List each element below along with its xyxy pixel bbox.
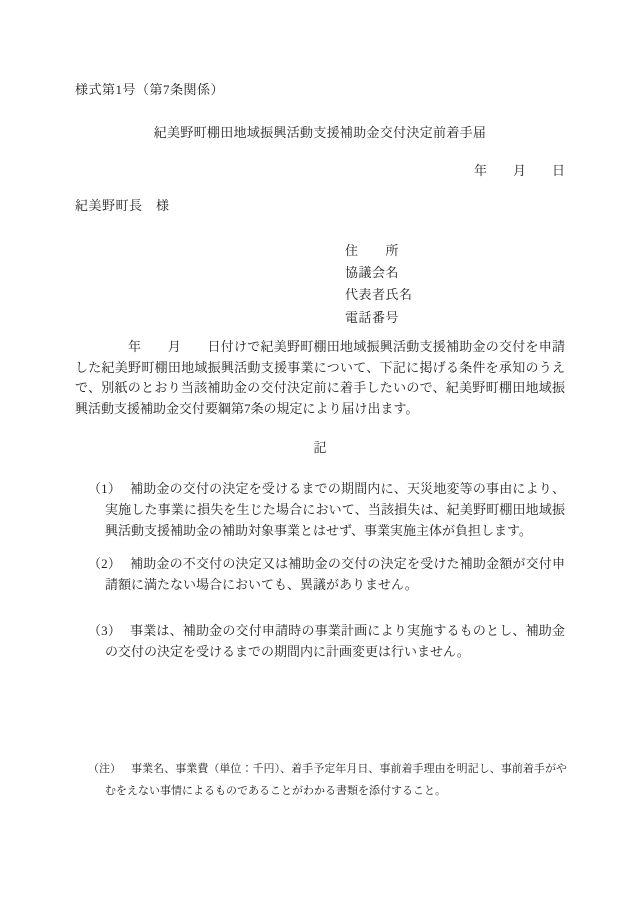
sender-field-phone-number: 電話番号 [345, 307, 413, 329]
footnote: （注）事業名、事業費（単位：千円）、着手予定年月日、事前着手理由を明記し、事前着… [88, 758, 567, 802]
document-title: 紀美野町棚田地域振興活動支援補助金交付決定前着手届 [75, 122, 565, 141]
footnote-label: （注） [88, 763, 121, 775]
date-blank-line: 年 月 日 [75, 160, 565, 179]
main-body-paragraph: 年 月 日付けで紀美野町棚田地域振興活動支援補助金の交付を申請した紀美野町棚田地… [75, 337, 565, 419]
footnote-text: 事業名、事業費（単位：千円）、着手予定年月日、事前着手理由を明記し、事前着手がや… [105, 763, 567, 797]
ki-heading: 記 [75, 437, 565, 456]
condition-item-3: （3）事業は、補助金の交付申請時の事業計画により実施するものとし、補助金の交付の… [88, 620, 565, 662]
condition-item-2: （2）補助金の不交付の決定又は補助金の交付の決定を受けた補助金額が交付申請額に満… [88, 553, 565, 595]
condition-3-number: （3） [88, 623, 121, 638]
condition-1-number: （1） [88, 481, 121, 496]
sender-field-council-name: 協議会名 [345, 262, 413, 284]
condition-1-text: 補助金の交付の決定を受けるまでの期間内に、天災地変等の事由により、実施した事業に… [105, 481, 565, 538]
sender-field-representative-name: 代表者氏名 [345, 284, 413, 306]
sender-field-address: 住 所 [345, 240, 413, 262]
document-page: 様式第1号（第7条関係） 紀美野町棚田地域振興活動支援補助金交付決定前着手届 年… [0, 0, 630, 903]
addressee-line: 紀美野町長 様 [75, 195, 170, 214]
form-number: 様式第1号（第7条関係） [75, 79, 224, 98]
condition-item-1: （1）補助金の交付の決定を受けるまでの期間内に、天災地変等の事由により、実施した… [88, 478, 565, 542]
condition-3-text: 事業は、補助金の交付申請時の事業計画により実施するものとし、補助金の交付の決定を… [105, 623, 565, 659]
sender-info-block: 住 所 協議会名 代表者氏名 電話番号 [345, 240, 413, 329]
condition-2-number: （2） [88, 556, 121, 571]
condition-2-text: 補助金の不交付の決定又は補助金の交付の決定を受けた補助金額が交付申請額に満たない… [105, 556, 565, 592]
